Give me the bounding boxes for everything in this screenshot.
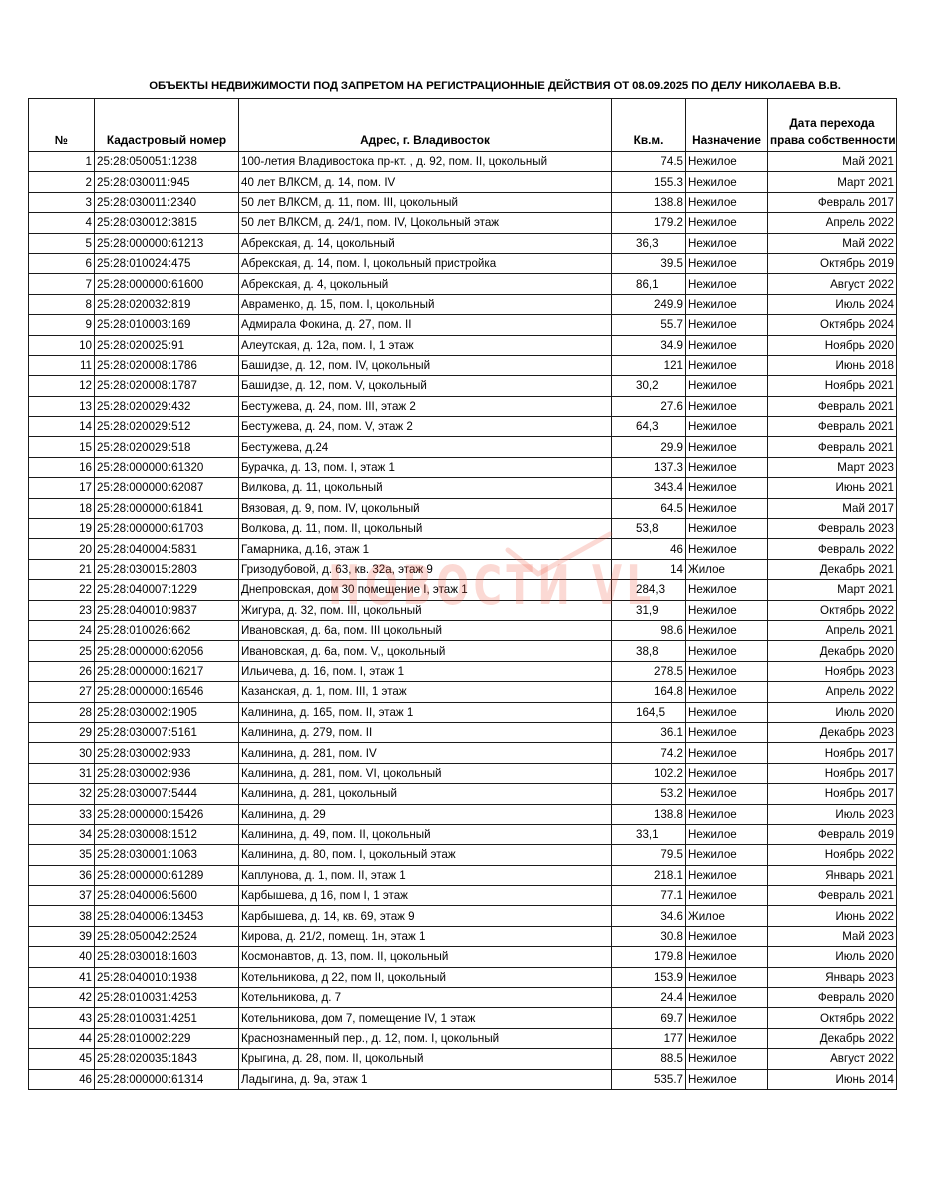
cell-address: 50 лет ВЛКСМ, д. 24/1, пом. IV, Цокольны… — [239, 213, 612, 233]
cell-row-number: 26 — [29, 661, 95, 681]
cell-transfer-date: Май 2023 — [768, 926, 897, 946]
cell-transfer-date: Ноябрь 2020 — [768, 335, 897, 355]
table-row: 625:28:010024:475Абрекская, д. 14, пом. … — [29, 253, 897, 273]
cell-area-sqm: 218.1 — [612, 865, 686, 885]
cell-transfer-date: Август 2022 — [768, 1049, 897, 1069]
cell-address: Бестужева, д. 24, пом. V, этаж 2 — [239, 417, 612, 437]
cell-row-number: 8 — [29, 294, 95, 314]
cell-cadastral-number: 25:28:000000:15426 — [95, 804, 239, 824]
cell-address: Карбышева, д 16, пом I, 1 этаж — [239, 886, 612, 906]
cell-transfer-date: Май 2017 — [768, 498, 897, 518]
cell-cadastral-number: 25:28:020008:1786 — [95, 355, 239, 375]
table-row: 1725:28:000000:62087Вилкова, д. 11, цоко… — [29, 478, 897, 498]
cell-row-number: 6 — [29, 253, 95, 273]
cell-row-number: 21 — [29, 559, 95, 579]
cell-transfer-date: Ноябрь 2017 — [768, 763, 897, 783]
table-row: 3825:28:040006:13453Карбышева, д. 14, кв… — [29, 906, 897, 926]
cell-address: Котельникова, дом 7, помещение IV, 1 эта… — [239, 1008, 612, 1028]
cell-row-number: 7 — [29, 274, 95, 294]
cell-row-number: 31 — [29, 763, 95, 783]
cell-address: Краснознаменный пер., д. 12, пом. I, цок… — [239, 1028, 612, 1048]
cell-cadastral-number: 25:28:040006:13453 — [95, 906, 239, 926]
cell-area-sqm: 179.8 — [612, 947, 686, 967]
cell-transfer-date: Октябрь 2024 — [768, 315, 897, 335]
table-row: 2325:28:040010:9837Жигура, д. 32, пом. I… — [29, 600, 897, 620]
cell-cadastral-number: 25:28:030007:5161 — [95, 722, 239, 742]
cell-transfer-date: Февраль 2021 — [768, 396, 897, 416]
table-row: 4125:28:040010:1938Котельникова, д 22, п… — [29, 967, 897, 987]
cell-address: Ивановская, д. 6а, пом. V,, цокольный — [239, 641, 612, 661]
cell-area-sqm: 88.5 — [612, 1049, 686, 1069]
cell-cadastral-number: 25:28:030011:945 — [95, 172, 239, 192]
cell-transfer-date: Февраль 2023 — [768, 519, 897, 539]
cell-purpose: Нежилое — [686, 824, 768, 844]
cell-cadastral-number: 25:28:050042:2524 — [95, 926, 239, 946]
cell-address: Волкова, д. 11, пом. II, цокольный — [239, 519, 612, 539]
table-row: 1325:28:020029:432Бестужева, д. 24, пом.… — [29, 396, 897, 416]
table-row: 2225:28:040007:1229Днепровская, дом 30 п… — [29, 580, 897, 600]
cell-purpose: Нежилое — [686, 396, 768, 416]
table-row: 2925:28:030007:5161Калинина, д. 279, пом… — [29, 722, 897, 742]
cell-address: Калинина, д. 165, пом. II, этаж 1 — [239, 702, 612, 722]
cell-transfer-date: Январь 2023 — [768, 967, 897, 987]
cell-purpose: Нежилое — [686, 417, 768, 437]
cell-transfer-date: Июль 2020 — [768, 947, 897, 967]
cell-transfer-date: Ноябрь 2017 — [768, 784, 897, 804]
cell-purpose: Нежилое — [686, 376, 768, 396]
cell-row-number: 23 — [29, 600, 95, 620]
cell-purpose: Нежилое — [686, 457, 768, 477]
cell-cadastral-number: 25:28:000000:61314 — [95, 1069, 239, 1089]
cell-transfer-date: Январь 2021 — [768, 865, 897, 885]
cell-area-sqm: 69.7 — [612, 1008, 686, 1028]
header-transfer-date-line2: права собственности — [770, 133, 896, 147]
table-row: 2125:28:030015:2803Гризодубовой, д. 63, … — [29, 559, 897, 579]
cell-row-number: 12 — [29, 376, 95, 396]
cell-purpose: Нежилое — [686, 967, 768, 987]
cell-area-sqm: 31,9 — [612, 600, 686, 620]
cell-row-number: 10 — [29, 335, 95, 355]
cell-transfer-date: Март 2023 — [768, 457, 897, 477]
cell-address: 40 лет ВЛКСМ, д. 14, пом. IV — [239, 172, 612, 192]
table-row: 4325:28:010031:4251Котельникова, дом 7, … — [29, 1008, 897, 1028]
cell-cadastral-number: 25:28:010026:662 — [95, 620, 239, 640]
cell-address: Крыгина, д. 28, пом. II, цокольный — [239, 1049, 612, 1069]
property-registry-table: № Кадастровый номер Адрес, г. Владивосто… — [28, 98, 897, 1090]
cell-cadastral-number: 25:28:000000:61703 — [95, 519, 239, 539]
cell-transfer-date: Февраль 2021 — [768, 417, 897, 437]
cell-transfer-date: Май 2021 — [768, 152, 897, 172]
cell-purpose: Нежилое — [686, 763, 768, 783]
cell-transfer-date: Февраль 2020 — [768, 988, 897, 1008]
cell-address: Вилкова, д. 11, цокольный — [239, 478, 612, 498]
cell-address: Авраменко, д. 15, пом. I, цокольный — [239, 294, 612, 314]
cell-cadastral-number: 25:28:040010:9837 — [95, 600, 239, 620]
cell-area-sqm: 153.9 — [612, 967, 686, 987]
cell-cadastral-number: 25:28:030015:2803 — [95, 559, 239, 579]
cell-purpose: Нежилое — [686, 253, 768, 273]
cell-row-number: 17 — [29, 478, 95, 498]
header-purpose: Назначение — [686, 99, 768, 152]
cell-transfer-date: Май 2022 — [768, 233, 897, 253]
cell-area-sqm: 30,2 — [612, 376, 686, 396]
cell-purpose: Нежилое — [686, 947, 768, 967]
cell-transfer-date: Июнь 2021 — [768, 478, 897, 498]
cell-address: Казанская, д. 1, пом. III, 1 этаж — [239, 682, 612, 702]
cell-row-number: 33 — [29, 804, 95, 824]
cell-transfer-date: Декабрь 2021 — [768, 559, 897, 579]
cell-purpose: Нежилое — [686, 294, 768, 314]
header-cadastral-number: Кадастровый номер — [95, 99, 239, 152]
cell-purpose: Нежилое — [686, 1008, 768, 1028]
cell-transfer-date: Декабрь 2020 — [768, 641, 897, 661]
cell-address: Вязовая, д. 9, пом. IV, цокольный — [239, 498, 612, 518]
table-row: 1925:28:000000:61703Волкова, д. 11, пом.… — [29, 519, 897, 539]
cell-purpose: Нежилое — [686, 600, 768, 620]
cell-cadastral-number: 25:28:010024:475 — [95, 253, 239, 273]
cell-row-number: 42 — [29, 988, 95, 1008]
cell-cadastral-number: 25:28:000000:61600 — [95, 274, 239, 294]
table-row: 2025:28:040004:5831Гамарника, д.16, этаж… — [29, 539, 897, 559]
table-row: 4025:28:030018:1603Космонавтов, д. 13, п… — [29, 947, 897, 967]
table-row: 2725:28:000000:16546Казанская, д. 1, пом… — [29, 682, 897, 702]
cell-row-number: 3 — [29, 192, 95, 212]
header-transfer-date-line1: Дата перехода — [789, 116, 874, 130]
cell-cadastral-number: 25:28:050051:1238 — [95, 152, 239, 172]
cell-row-number: 24 — [29, 620, 95, 640]
cell-address: Калинина, д. 29 — [239, 804, 612, 824]
cell-row-number: 36 — [29, 865, 95, 885]
cell-area-sqm: 343.4 — [612, 478, 686, 498]
cell-row-number: 16 — [29, 457, 95, 477]
header-address: Адрес, г. Владивосток — [239, 99, 612, 152]
header-transfer-date: Дата перехода права собственности — [768, 99, 897, 152]
cell-cadastral-number: 25:28:040010:1938 — [95, 967, 239, 987]
cell-transfer-date: Февраль 2017 — [768, 192, 897, 212]
cell-row-number: 40 — [29, 947, 95, 967]
cell-cadastral-number: 25:28:010002:229 — [95, 1028, 239, 1048]
cell-address: Алеутская, д. 12а, пом. I, 1 этаж — [239, 335, 612, 355]
cell-area-sqm: 86,1 — [612, 274, 686, 294]
cell-row-number: 22 — [29, 580, 95, 600]
cell-area-sqm: 36,3 — [612, 233, 686, 253]
table-row: 4425:28:010002:229Краснознаменный пер., … — [29, 1028, 897, 1048]
cell-cadastral-number: 25:28:030018:1603 — [95, 947, 239, 967]
cell-address: Котельникова, д. 7 — [239, 988, 612, 1008]
cell-purpose: Нежилое — [686, 1028, 768, 1048]
cell-address: Абрекская, д. 14, пом. I, цокольный прис… — [239, 253, 612, 273]
cell-cadastral-number: 25:28:000000:16546 — [95, 682, 239, 702]
cell-area-sqm: 55.7 — [612, 315, 686, 335]
cell-address: Бурачка, д. 13, пом. I, этаж 1 — [239, 457, 612, 477]
cell-address: Бестужева, д. 24, пом. III, этаж 2 — [239, 396, 612, 416]
table-row: 1625:28:000000:61320Бурачка, д. 13, пом.… — [29, 457, 897, 477]
cell-area-sqm: 33,1 — [612, 824, 686, 844]
cell-area-sqm: 24.4 — [612, 988, 686, 1008]
table-row: 3725:28:040006:5600Карбышева, д 16, пом … — [29, 886, 897, 906]
document-title: ОБЪЕКТЫ НЕДВИЖИМОСТИ ПОД ЗАПРЕТОМ НА РЕГ… — [0, 80, 927, 92]
cell-address: Котельникова, д 22, пом II, цокольный — [239, 967, 612, 987]
cell-row-number: 19 — [29, 519, 95, 539]
cell-cadastral-number: 25:28:040007:1229 — [95, 580, 239, 600]
cell-row-number: 1 — [29, 152, 95, 172]
cell-area-sqm: 29.9 — [612, 437, 686, 457]
cell-area-sqm: 34.9 — [612, 335, 686, 355]
cell-transfer-date: Ноябрь 2021 — [768, 376, 897, 396]
table-row: 1025:28:020025:91Алеутская, д. 12а, пом.… — [29, 335, 897, 355]
cell-area-sqm: 249.9 — [612, 294, 686, 314]
table-row: 3925:28:050042:2524Кирова, д. 21/2, поме… — [29, 926, 897, 946]
cell-address: Адмирала Фокина, д. 27, пом. II — [239, 315, 612, 335]
cell-area-sqm: 284,3 — [612, 580, 686, 600]
cell-area-sqm: 77.1 — [612, 886, 686, 906]
cell-purpose: Нежилое — [686, 315, 768, 335]
cell-row-number: 2 — [29, 172, 95, 192]
cell-row-number: 18 — [29, 498, 95, 518]
cell-row-number: 46 — [29, 1069, 95, 1089]
cell-area-sqm: 137.3 — [612, 457, 686, 477]
cell-cadastral-number: 25:28:000000:61841 — [95, 498, 239, 518]
cell-cadastral-number: 25:28:020029:432 — [95, 396, 239, 416]
cell-purpose: Нежилое — [686, 355, 768, 375]
cell-row-number: 43 — [29, 1008, 95, 1028]
cell-area-sqm: 30.8 — [612, 926, 686, 946]
cell-row-number: 13 — [29, 396, 95, 416]
cell-address: Калинина, д. 80, пом. I, цокольный этаж — [239, 845, 612, 865]
cell-purpose: Нежилое — [686, 437, 768, 457]
cell-transfer-date: Июнь 2018 — [768, 355, 897, 375]
cell-area-sqm: 53,8 — [612, 519, 686, 539]
cell-transfer-date: Апрель 2021 — [768, 620, 897, 640]
cell-area-sqm: 34.6 — [612, 906, 686, 926]
cell-area-sqm: 138.8 — [612, 192, 686, 212]
cell-transfer-date: Апрель 2022 — [768, 213, 897, 233]
cell-purpose: Нежилое — [686, 784, 768, 804]
cell-purpose: Нежилое — [686, 1069, 768, 1089]
cell-row-number: 45 — [29, 1049, 95, 1069]
cell-area-sqm: 53.2 — [612, 784, 686, 804]
cell-row-number: 5 — [29, 233, 95, 253]
cell-cadastral-number: 25:28:010031:4253 — [95, 988, 239, 1008]
cell-address: Гризодубовой, д. 63, кв. 32а, этаж 9 — [239, 559, 612, 579]
cell-purpose: Нежилое — [686, 152, 768, 172]
cell-area-sqm: 98.6 — [612, 620, 686, 640]
cell-area-sqm: 64,3 — [612, 417, 686, 437]
cell-address: Каплунова, д. 1, пом. II, этаж 1 — [239, 865, 612, 885]
cell-cadastral-number: 25:28:030002:1905 — [95, 702, 239, 722]
cell-address: Абрекская, д. 14, цокольный — [239, 233, 612, 253]
cell-area-sqm: 121 — [612, 355, 686, 375]
cell-row-number: 20 — [29, 539, 95, 559]
cell-row-number: 44 — [29, 1028, 95, 1048]
cell-cadastral-number: 25:28:030011:2340 — [95, 192, 239, 212]
table-row: 1225:28:020008:1787Башидзе, д. 12, пом. … — [29, 376, 897, 396]
cell-purpose: Нежилое — [686, 641, 768, 661]
cell-address: Жигура, д. 32, пом. III, цокольный — [239, 600, 612, 620]
table-row: 3025:28:030002:933Калинина, д. 281, пом.… — [29, 743, 897, 763]
cell-purpose: Нежилое — [686, 722, 768, 742]
cell-address: Ладыгина, д. 9а, этаж 1 — [239, 1069, 612, 1089]
cell-transfer-date: Ноябрь 2017 — [768, 743, 897, 763]
header-area: Кв.м. — [612, 99, 686, 152]
cell-purpose: Нежилое — [686, 580, 768, 600]
cell-transfer-date: Ноябрь 2022 — [768, 845, 897, 865]
table-row: 125:28:050051:1238100-летия Владивостока… — [29, 152, 897, 172]
cell-transfer-date: Февраль 2021 — [768, 437, 897, 457]
cell-cadastral-number: 25:28:030001:1063 — [95, 845, 239, 865]
cell-cadastral-number: 25:28:040004:5831 — [95, 539, 239, 559]
cell-area-sqm: 278.5 — [612, 661, 686, 681]
cell-transfer-date: Апрель 2022 — [768, 682, 897, 702]
cell-address: Калинина, д. 49, пом. II, цокольный — [239, 824, 612, 844]
table-row: 825:28:020032:819Авраменко, д. 15, пом. … — [29, 294, 897, 314]
cell-transfer-date: Июль 2023 — [768, 804, 897, 824]
cell-cadastral-number: 25:28:000000:62056 — [95, 641, 239, 661]
cell-transfer-date: Июнь 2014 — [768, 1069, 897, 1089]
cell-transfer-date: Ноябрь 2023 — [768, 661, 897, 681]
cell-address: Бестужева, д.24 — [239, 437, 612, 457]
table-row: 3225:28:030007:5444Калинина, д. 281, цок… — [29, 784, 897, 804]
table-row: 4525:28:020035:1843Крыгина, д. 28, пом. … — [29, 1049, 897, 1069]
cell-purpose: Нежилое — [686, 926, 768, 946]
cell-purpose: Нежилое — [686, 702, 768, 722]
cell-transfer-date: Февраль 2021 — [768, 886, 897, 906]
cell-transfer-date: Июль 2024 — [768, 294, 897, 314]
table-row: 1525:28:020029:518Бестужева, д.2429.9Неж… — [29, 437, 897, 457]
cell-area-sqm: 102.2 — [612, 763, 686, 783]
header-number: № — [29, 99, 95, 152]
cell-purpose: Нежилое — [686, 498, 768, 518]
table-row: 325:28:030011:234050 лет ВЛКСМ, д. 11, п… — [29, 192, 897, 212]
cell-purpose: Нежилое — [686, 192, 768, 212]
cell-address: Космонавтов, д. 13, пом. II, цокольный — [239, 947, 612, 967]
table-row: 3425:28:030008:1512Калинина, д. 49, пом.… — [29, 824, 897, 844]
cell-purpose: Жилое — [686, 559, 768, 579]
cell-transfer-date: Июль 2020 — [768, 702, 897, 722]
cell-transfer-date: Март 2021 — [768, 172, 897, 192]
cell-area-sqm: 164,5 — [612, 702, 686, 722]
cell-area-sqm: 79.5 — [612, 845, 686, 865]
cell-cadastral-number: 25:28:030002:933 — [95, 743, 239, 763]
table-row: 1825:28:000000:61841Вязовая, д. 9, пом. … — [29, 498, 897, 518]
cell-area-sqm: 164.8 — [612, 682, 686, 702]
table-row: 2425:28:010026:662Ивановская, д. 6а, пом… — [29, 620, 897, 640]
cell-purpose: Нежилое — [686, 743, 768, 763]
cell-area-sqm: 177 — [612, 1028, 686, 1048]
table-row: 4225:28:010031:4253Котельникова, д. 724.… — [29, 988, 897, 1008]
table-row: 3325:28:000000:15426Калинина, д. 29138.8… — [29, 804, 897, 824]
cell-cadastral-number: 25:28:000000:61289 — [95, 865, 239, 885]
cell-address: Башидзе, д. 12, пом. V, цокольный — [239, 376, 612, 396]
table-header-row: № Кадастровый номер Адрес, г. Владивосто… — [29, 99, 897, 152]
cell-area-sqm: 64.5 — [612, 498, 686, 518]
cell-area-sqm: 36.1 — [612, 722, 686, 742]
cell-purpose: Нежилое — [686, 661, 768, 681]
cell-purpose: Нежилое — [686, 335, 768, 355]
cell-address: Карбышева, д. 14, кв. 69, этаж 9 — [239, 906, 612, 926]
cell-transfer-date: Июнь 2022 — [768, 906, 897, 926]
table-row: 2525:28:000000:62056Ивановская, д. 6а, п… — [29, 641, 897, 661]
cell-row-number: 15 — [29, 437, 95, 457]
cell-address: Калинина, д. 279, пом. II — [239, 722, 612, 742]
cell-row-number: 27 — [29, 682, 95, 702]
table-row: 1125:28:020008:1786Башидзе, д. 12, пом. … — [29, 355, 897, 375]
cell-area-sqm: 39.5 — [612, 253, 686, 273]
cell-cadastral-number: 25:28:010031:4251 — [95, 1008, 239, 1028]
cell-cadastral-number: 25:28:000000:61213 — [95, 233, 239, 253]
cell-address: Абрекская, д. 4, цокольный — [239, 274, 612, 294]
cell-purpose: Нежилое — [686, 988, 768, 1008]
cell-transfer-date: Февраль 2019 — [768, 824, 897, 844]
cell-area-sqm: 155.3 — [612, 172, 686, 192]
cell-area-sqm: 74.5 — [612, 152, 686, 172]
table-row: 525:28:000000:61213Абрекская, д. 14, цок… — [29, 233, 897, 253]
cell-address: Калинина, д. 281, пом. VI, цокольный — [239, 763, 612, 783]
table-row: 2825:28:030002:1905Калинина, д. 165, пом… — [29, 702, 897, 722]
cell-area-sqm: 74.2 — [612, 743, 686, 763]
cell-area-sqm: 27.6 — [612, 396, 686, 416]
cell-transfer-date: Октябрь 2022 — [768, 1008, 897, 1028]
cell-transfer-date: Февраль 2022 — [768, 539, 897, 559]
cell-purpose: Нежилое — [686, 886, 768, 906]
table-row: 3625:28:000000:61289Каплунова, д. 1, пом… — [29, 865, 897, 885]
cell-purpose: Нежилое — [686, 274, 768, 294]
cell-cadastral-number: 25:28:030007:5444 — [95, 784, 239, 804]
cell-transfer-date: Октябрь 2022 — [768, 600, 897, 620]
table-row: 3525:28:030001:1063Калинина, д. 80, пом.… — [29, 845, 897, 865]
cell-area-sqm: 535.7 — [612, 1069, 686, 1089]
cell-row-number: 39 — [29, 926, 95, 946]
table-body: 125:28:050051:1238100-летия Владивостока… — [29, 152, 897, 1090]
cell-transfer-date: Декабрь 2022 — [768, 1028, 897, 1048]
cell-purpose: Нежилое — [686, 804, 768, 824]
cell-address: 100-летия Владивостока пр-кт. , д. 92, п… — [239, 152, 612, 172]
cell-purpose: Нежилое — [686, 233, 768, 253]
cell-cadastral-number: 25:28:020025:91 — [95, 335, 239, 355]
cell-purpose: Нежилое — [686, 213, 768, 233]
cell-purpose: Нежилое — [686, 478, 768, 498]
cell-cadastral-number: 25:28:020029:512 — [95, 417, 239, 437]
cell-address: Башидзе, д. 12, пом. IV, цокольный — [239, 355, 612, 375]
cell-cadastral-number: 25:28:000000:16217 — [95, 661, 239, 681]
cell-row-number: 30 — [29, 743, 95, 763]
cell-row-number: 34 — [29, 824, 95, 844]
cell-purpose: Нежилое — [686, 865, 768, 885]
cell-transfer-date: Март 2021 — [768, 580, 897, 600]
cell-address: Кирова, д. 21/2, помещ. 1н, этаж 1 — [239, 926, 612, 946]
cell-area-sqm: 14 — [612, 559, 686, 579]
cell-cadastral-number: 25:28:030012:3815 — [95, 213, 239, 233]
table-row: 225:28:030011:94540 лет ВЛКСМ, д. 14, по… — [29, 172, 897, 192]
cell-address: Ивановская, д. 6а, пом. III цокольный — [239, 620, 612, 640]
cell-purpose: Нежилое — [686, 620, 768, 640]
cell-address: Днепровская, дом 30 помещение I, этаж 1 — [239, 580, 612, 600]
table-row: 725:28:000000:61600Абрекская, д. 4, цоко… — [29, 274, 897, 294]
cell-address: 50 лет ВЛКСМ, д. 11, пом. III, цокольный — [239, 192, 612, 212]
cell-cadastral-number: 25:28:030008:1512 — [95, 824, 239, 844]
cell-row-number: 4 — [29, 213, 95, 233]
cell-cadastral-number: 25:28:020029:518 — [95, 437, 239, 457]
cell-cadastral-number: 25:28:010003:169 — [95, 315, 239, 335]
cell-row-number: 29 — [29, 722, 95, 742]
cell-area-sqm: 179.2 — [612, 213, 686, 233]
cell-cadastral-number: 25:28:000000:61320 — [95, 457, 239, 477]
cell-purpose: Нежилое — [686, 172, 768, 192]
cell-row-number: 38 — [29, 906, 95, 926]
cell-purpose: Нежилое — [686, 539, 768, 559]
cell-address: Калинина, д. 281, пом. IV — [239, 743, 612, 763]
cell-area-sqm: 138.8 — [612, 804, 686, 824]
